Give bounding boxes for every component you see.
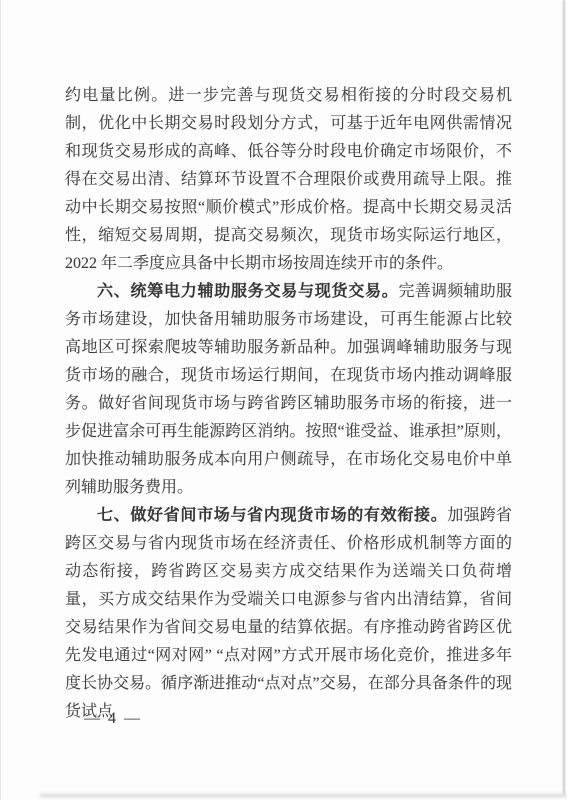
- text-block: 约电量比例。进一步完善与现货交易相衔接的分时段交易机制，优化中长期交易时段划分方…: [65, 82, 512, 726]
- page-number: — 4 —: [84, 708, 142, 730]
- body-text: 完善调频辅助服务市场建设，加快备用辅助服务市场建设，可再生能源占比较高地区可探索…: [65, 283, 512, 496]
- paragraph: 六、统筹电力辅助服务交易与现货交易。完善调频辅助服务市场建设，加快备用辅助服务市…: [65, 278, 512, 502]
- body-text: 加强跨省跨区交易与省内现货市场在经济责任、价格形成机制等方面的动态衔接，跨省跨区…: [65, 507, 512, 720]
- section-heading: 七、做好省间市场与省内现货市场的有效衔接。: [97, 507, 447, 524]
- paragraph: 约电量比例。进一步完善与现货交易相衔接的分时段交易机制，优化中长期交易时段划分方…: [65, 82, 512, 278]
- section-heading: 六、统筹电力辅助服务交易与现货交易。: [97, 283, 398, 300]
- scan-edge-bottom: [40, 794, 567, 797]
- paragraph: 七、做好省间市场与省内现货市场的有效衔接。加强跨省跨区交易与省内现货市场在经济责…: [65, 502, 512, 726]
- body-text: 约电量比例。进一步完善与现货交易相衔接的分时段交易机制，优化中长期交易时段划分方…: [65, 87, 512, 272]
- scan-edge-right: [563, 0, 565, 794]
- scanned-document-page: 约电量比例。进一步完善与现货交易相衔接的分时段交易机制，优化中长期交易时段划分方…: [0, 0, 567, 800]
- scan-edge-left: [0, 0, 1, 800]
